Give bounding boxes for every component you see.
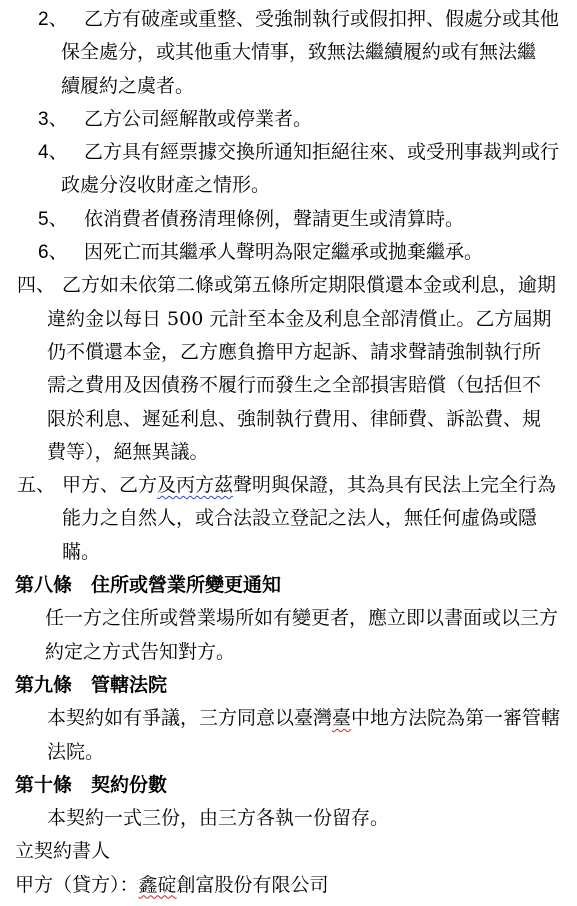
list-marker: 4、 [38, 136, 68, 169]
clause-text: 立契約書人 [15, 840, 110, 862]
list-marker: 四、 [17, 269, 55, 302]
clause-text: 任一方之住所或營業場所如有變更者，應立即以書面或以三方 [45, 607, 558, 629]
clause-text: 限於利息、遲延利息、強制執行費用、律師費、訴訟費、規 [47, 408, 541, 430]
clause-text: 本契約如有爭議，三方同意以臺灣 [47, 707, 332, 729]
clause-text: 瞞。 [62, 541, 100, 563]
item-4-line-6: 費等），絕無異議。 [0, 436, 577, 469]
heading-text: 第十條 契約份數 [15, 774, 167, 796]
heading-text: 第九條 管轄法院 [15, 674, 167, 696]
article-9-heading: 第九條 管轄法院 [0, 669, 577, 702]
item-4-line-4: 需之費用及因債務不履行而發生之全部損害賠償（包括但不 [0, 369, 577, 402]
subclause-4-line-1: 4、 乙方具有經票據交換所通知拒絕往來、或受刑事裁判或行 [0, 136, 577, 169]
clause-text: 乙方有破產或重整、受強制執行或假扣押、假處分或其他 [84, 8, 559, 30]
item-4-line-5: 限於利息、遲延利息、強制執行費用、律師費、訴訟費、規 [0, 403, 577, 436]
clause-text: 因死亡而其繼承人聲明為限定繼承或拋棄繼承。 [84, 241, 483, 263]
clause-text: 保全處分，或其他重大情事，致無法繼續履約或有無法繼 [61, 41, 536, 63]
clause-text: 中地方法院為第一審管轄 [351, 707, 560, 729]
article-10-heading: 第十條 契約份數 [0, 769, 577, 802]
list-marker: 6、 [38, 236, 68, 269]
list-marker: 3、 [38, 103, 68, 136]
grammar-flagged-text: 及丙方茲 [157, 474, 233, 496]
list-marker: 2、 [38, 3, 68, 36]
clause-text: 甲方、乙方 [62, 474, 157, 496]
spellcheck-flagged-text: 鑫碇 [139, 874, 177, 896]
item-4-line-1: 四、 乙方如未依第二條或第五條所定期限償還本金或利息，逾期 [0, 269, 577, 302]
contract-document-page[interactable]: 2、 乙方有破產或重整、受強制執行或假扣押、假處分或其他 保全處分，或其他重大情… [0, 0, 577, 906]
subclause-2-line-1: 2、 乙方有破產或重整、受強制執行或假扣押、假處分或其他 [0, 3, 577, 36]
clause-text: 創富股份有限公司 [177, 874, 329, 896]
heading-text: 第八條 住所或營業所變更通知 [15, 574, 281, 596]
clause-text: 約定之方式告知對方。 [45, 641, 235, 663]
clause-text: 違約金以每日 500 元計至本金及利息全部清償止。乙方屆期 [47, 308, 551, 330]
clause-text: 仍不償還本金，乙方應負擔甲方起訴、請求聲請強制執行所 [47, 341, 541, 363]
clause-text: 本契約一式三份，由三方各執一份留存。 [47, 807, 389, 829]
clause-text: 甲方（貸方）： [15, 874, 139, 896]
item-5-line-1: 五、 甲方、乙方及丙方茲聲明與保證，其為具有民法上完全行為 [0, 469, 577, 502]
article-8-heading: 第八條 住所或營業所變更通知 [0, 569, 577, 602]
subclause-4-line-2: 政處分沒收財產之情形。 [0, 169, 577, 202]
subclause-5-line-1: 5、 依消費者債務清理條例，聲請更生或清算時。 [0, 203, 577, 236]
clause-text: 政處分沒收財產之情形。 [61, 174, 270, 196]
clause-text: 需之費用及因債務不履行而發生之全部損害賠償（包括但不 [47, 374, 541, 396]
item-5-line-2: 能力之自然人，或合法設立登記之法人，無任何虛偽或隱 [0, 502, 577, 535]
clause-text: 續履約之虞者。 [61, 75, 194, 97]
subclause-3-line-1: 3、 乙方公司經解散或停業者。 [0, 103, 577, 136]
item-4-line-3: 仍不償還本金，乙方應負擔甲方起訴、請求聲請強制執行所 [0, 336, 577, 369]
clause-text: 聲明與保證，其為具有民法上完全行為 [233, 474, 556, 496]
article-9-body-line-1: 本契約如有爭議，三方同意以臺灣臺中地方法院為第一審管轄 [0, 702, 577, 735]
clause-text: 乙方公司經解散或停業者。 [84, 108, 312, 130]
article-8-body-line-1: 任一方之住所或營業場所如有變更者，應立即以書面或以三方 [0, 602, 577, 635]
clause-text: 乙方如未依第二條或第五條所定期限償還本金或利息，逾期 [62, 274, 556, 296]
list-marker: 5、 [38, 203, 68, 236]
subclause-2-line-2: 保全處分，或其他重大情事，致無法繼續履約或有無法繼 [0, 36, 577, 69]
clause-text: 能力之自然人，或合法設立登記之法人，無任何虛偽或隱 [62, 507, 537, 529]
item-5-line-3: 瞞。 [0, 536, 577, 569]
list-marker: 五、 [17, 469, 55, 502]
subclause-6-line-1: 6、 因死亡而其繼承人聲明為限定繼承或拋棄繼承。 [0, 236, 577, 269]
article-9-body-line-2: 法院。 [0, 736, 577, 769]
signatories-label: 立契約書人 [0, 835, 577, 868]
item-4-line-2: 違約金以每日 500 元計至本金及利息全部清償止。乙方屆期 [0, 303, 577, 336]
subclause-2-line-3: 續履約之虞者。 [0, 70, 577, 103]
clause-text: 依消費者債務清理條例，聲請更生或清算時。 [84, 208, 464, 230]
spellcheck-flagged-text: 臺 [332, 707, 351, 729]
clause-text: 費等），絕無異議。 [47, 441, 209, 463]
party-a-lender-line: 甲方（貸方）：鑫碇創富股份有限公司 [0, 869, 577, 902]
clause-text: 法院。 [47, 741, 104, 763]
clause-text: 乙方具有經票據交換所通知拒絕往來、或受刑事裁判或行 [84, 141, 559, 163]
article-8-body-line-2: 約定之方式告知對方。 [0, 636, 577, 669]
article-10-body-line-1: 本契約一式三份，由三方各執一份留存。 [0, 802, 577, 835]
